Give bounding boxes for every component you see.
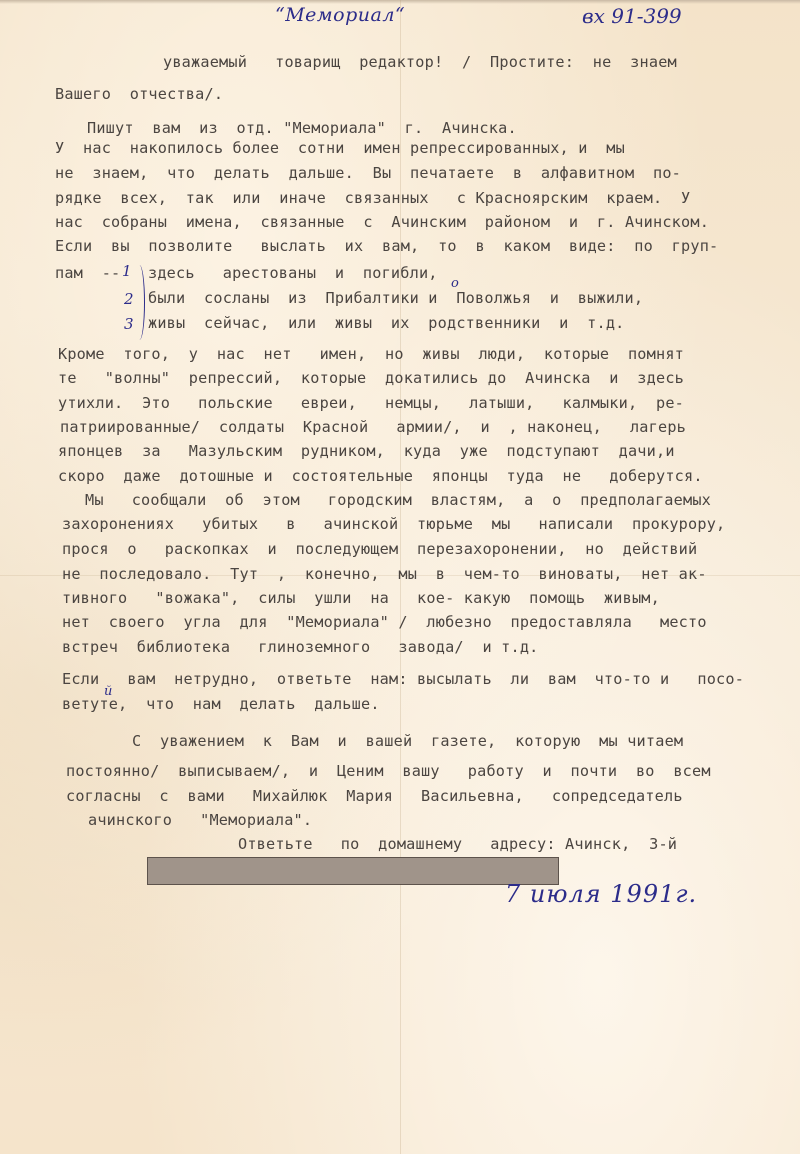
text-line: встреч библиотека глиноземного завода/ и… — [62, 637, 539, 657]
handwritten-date: 7 июля 1991г. — [505, 880, 697, 908]
text-line: рядке всех, так или иначе связанных с Кр… — [55, 188, 690, 208]
text-line: нет своего угла для "Мемориала" / любезн… — [62, 612, 707, 632]
paragraph-start: Пишут вам из отд. "Мемориала" г. Ачинска… — [87, 118, 517, 138]
handwritten-title: “Мемориал“ — [275, 4, 405, 26]
handwritten-number-1: 1 — [122, 262, 132, 280]
text-line: захоронениях убитых в ачинской тюрьме мы… — [62, 514, 725, 534]
text-line: нас собраны имена, связанные с Ачинским … — [55, 212, 709, 232]
text-line: те "волны" репрессий, которые докатились… — [58, 368, 684, 388]
list-item: здесь арестованы и погибли, — [148, 263, 438, 283]
text-line: утихли. Это польские евреи, немцы, латыш… — [58, 393, 684, 413]
address-line: Ответьте по домашнему адресу: Ачинск, 3-… — [238, 834, 677, 854]
text-line: постоянно/ выписываем/, и Ценим вашу раб… — [66, 761, 711, 781]
text-line: японцев за Мазульским рудником, куда уже… — [58, 441, 675, 461]
text-line: не последовало. Тут , конечно, мы в чем-… — [62, 564, 707, 584]
handwritten-reference-number: вх 91-399 — [582, 4, 682, 28]
letter-page: “Мемориал“ вх 91-399 уважаемый товарищ р… — [0, 0, 800, 1154]
text-line: скоро даже дотошные и состоятельные япон… — [58, 466, 703, 486]
handwritten-number-3: 3 — [124, 315, 134, 333]
text-line: ачинского "Мемориала". — [88, 810, 312, 830]
handwritten-correction: о — [451, 276, 459, 291]
text-line: не знаем, что делать дальше. Вы печатает… — [55, 163, 681, 183]
list-lead: пам -- — [55, 263, 120, 283]
text-line: Если вам нетрудно, ответьте нам: высылат… — [62, 669, 744, 689]
handwritten-bracket — [134, 265, 145, 340]
redacted-address — [147, 857, 559, 885]
list-item: живы сейчас, или живы их родственники и … — [148, 313, 625, 333]
text-line: Кроме того, у нас нет имен, но живы люди… — [58, 344, 684, 364]
paragraph-start: Мы сообщали об этом городским властям, а… — [85, 490, 711, 510]
closing-line: С уважением к Вам и вашей газете, котору… — [132, 731, 683, 751]
text-line: Если вы позволите выслать их вам, то в к… — [55, 236, 718, 256]
text-line: прося о раскопках и последующем перезахо… — [62, 539, 697, 559]
list-item: были сосланы из Прибалтики и Поволжья и … — [148, 288, 643, 308]
handwritten-number-2: 2 — [124, 290, 134, 308]
text-line: патриированные/ солдаты Красной армии/, … — [60, 417, 686, 437]
text-line: Вашего отчества/. — [55, 84, 223, 104]
text-line: ветуте, что нам делать дальше. — [62, 694, 380, 714]
greeting-line: уважаемый товарищ редактор! / Простите: … — [163, 52, 677, 72]
text-line: тивного "вожака", силы ушли на кое- каку… — [62, 588, 660, 608]
signature-line: согласны с вами Михайлюк Мария Васильевн… — [66, 786, 683, 806]
text-line: У нас накопилось более сотни имен репрес… — [55, 138, 625, 158]
